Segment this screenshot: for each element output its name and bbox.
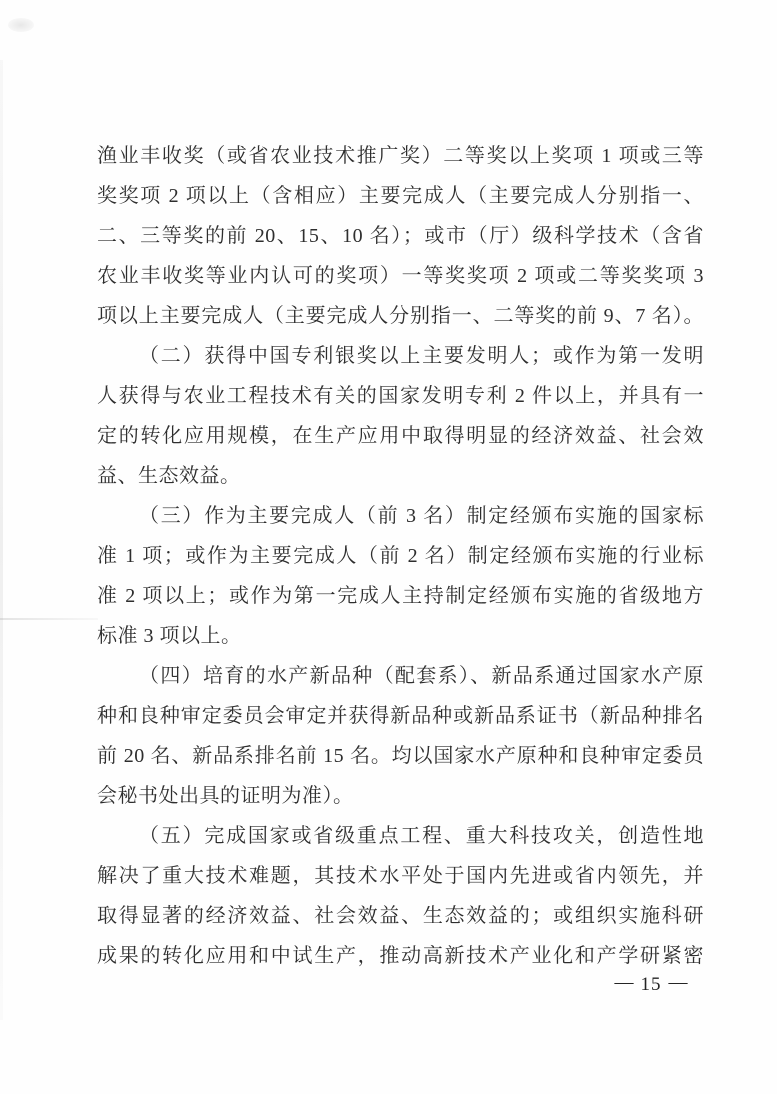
document-page: 渔业丰收奖（或省农业技术推广奖）二等奖以上奖项 1 项或三等 奖奖项 2 项以上… (0, 0, 777, 1094)
scan-artifact-corner (8, 18, 34, 32)
text-line: 准 1 项；或作为主要完成人（前 2 名）制定经颁布实施的行业标 (97, 536, 704, 576)
text-line: 定的转化应用规模，在生产应用中取得明显的经济效益、社会效 (97, 416, 704, 456)
text-line: 取得显著的经济效益、社会效益、生态效益的；或组织实施科研 (97, 896, 704, 936)
text-line: 种和良种审定委员会审定并获得新品种或新品系证书（新品种排名 (97, 696, 704, 736)
text-line: 标准 3 项以上。 (97, 616, 704, 656)
footer-right-dash: — (662, 970, 695, 996)
text-line: 益、生态效益。 (97, 456, 704, 496)
footer-left-dash: — (608, 970, 641, 996)
page-number: 15 (641, 972, 662, 998)
paragraph-item-2: （二）获得中国专利银奖以上主要发明人；或作为第一发明 人获得与农业工程技术有关的… (97, 336, 704, 496)
text-line: （二）获得中国专利银奖以上主要发明人；或作为第一发明 (97, 336, 704, 376)
text-line: 项以上主要完成人（主要完成人分别指一、二等奖的前 9、7 名）。 (97, 296, 704, 336)
text-line: 准 2 项以上；或作为第一完成人主持制定经颁布实施的省级地方 (97, 576, 704, 616)
paragraph-continuation: 渔业丰收奖（或省农业技术推广奖）二等奖以上奖项 1 项或三等 奖奖项 2 项以上… (97, 136, 704, 336)
text-line: 奖奖项 2 项以上（含相应）主要完成人（主要完成人分别指一、 (97, 176, 704, 216)
page-footer: —15— (595, 972, 707, 998)
body-text: 渔业丰收奖（或省农业技术推广奖）二等奖以上奖项 1 项或三等 奖奖项 2 项以上… (97, 136, 704, 976)
paragraph-item-5: （五）完成国家或省级重点工程、重大科技攻关，创造性地 解决了重大技术难题，其技术… (97, 816, 704, 976)
scan-artifact-left-strip (0, 60, 3, 1020)
text-line: （四）培育的水产新品种（配套系）、新品系通过国家水产原 (97, 656, 704, 696)
paragraph-item-3: （三）作为主要完成人（前 3 名）制定经颁布实施的国家标 准 1 项；或作为主要… (97, 496, 704, 656)
text-line: 二、三等奖的前 20、15、10 名）；或市（厅）级科学技术（含省 (97, 216, 704, 256)
text-line: 农业丰收奖等业内认可的奖项）一等奖奖项 2 项或二等奖奖项 3 (97, 256, 704, 296)
paragraph-item-4: （四）培育的水产新品种（配套系）、新品系通过国家水产原 种和良种审定委员会审定并… (97, 656, 704, 816)
text-line: 解决了重大技术难题，其技术水平处于国内先进或省内领先，并 (97, 856, 704, 896)
text-line: 前 20 名、新品系排名前 15 名。均以国家水产原种和良种审定委员 (97, 736, 704, 776)
text-line: （三）作为主要完成人（前 3 名）制定经颁布实施的国家标 (97, 496, 704, 536)
text-line: 渔业丰收奖（或省农业技术推广奖）二等奖以上奖项 1 项或三等 (97, 136, 704, 176)
text-line: 人获得与农业工程技术有关的国家发明专利 2 件以上，并具有一 (97, 376, 704, 416)
scan-artifact-edge-line (0, 618, 98, 620)
text-line: 会秘书处出具的证明为准）。 (97, 776, 704, 816)
text-line: （五）完成国家或省级重点工程、重大科技攻关，创造性地 (97, 816, 704, 856)
